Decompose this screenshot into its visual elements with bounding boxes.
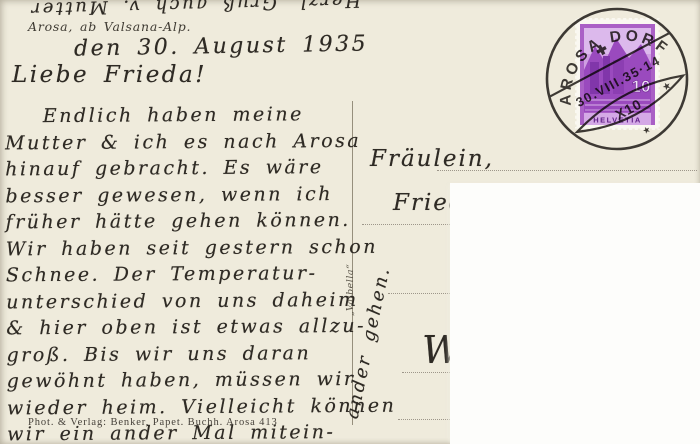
handwritten-message: Endlich haben meine Mutter & ich es nach…	[5, 101, 397, 444]
address-title: Fräulein,	[370, 146, 494, 172]
message-line: & hier oben ist etwas allzu-	[6, 313, 396, 342]
address-rule-line	[388, 293, 454, 294]
postmark-star-right: ★	[661, 80, 674, 94]
message-line: hinauf gebracht. Es wäre	[5, 154, 395, 183]
handwritten-inverted-closing: Herzl. Gruß auch v. Mutter	[0, 0, 395, 20]
address-rule-line	[398, 419, 454, 420]
handwritten-date: den 30. August 1935	[74, 31, 369, 61]
erased-address-area	[450, 183, 700, 444]
postcard-back: Arosa, ab Valsana-Alp. Herzl. Gruß auch …	[0, 0, 700, 444]
message-line: Mutter & ich es nach Arosa	[5, 127, 395, 156]
message-line: Endlich haben meine	[5, 101, 395, 130]
message-line: wir ein ander Mal mitein-	[7, 419, 397, 444]
message-line: Schnee. Der Temperatur-	[6, 260, 396, 289]
postcard-caption: Arosa, ab Valsana-Alp.	[28, 19, 191, 34]
message-line: gewöhnt haben, müssen wir	[7, 366, 397, 395]
stamp-and-postmark: 10 HELVETIA AROSA DORF 30.VIII.35·14 X10…	[535, 0, 700, 160]
message-line: früher hätte gehen können.	[6, 207, 396, 236]
message-line: Wir haben seit gestern schon	[6, 233, 396, 262]
message-line: besser gewesen, wenn ich	[5, 180, 395, 209]
message-line: wieder heim. Vielleicht können	[7, 392, 397, 421]
message-line: groß. Bis wir uns daran	[6, 339, 396, 368]
message-line: unterschied von uns daheim	[6, 286, 396, 315]
handwritten-salutation: Liebe Frieda!	[12, 62, 207, 88]
